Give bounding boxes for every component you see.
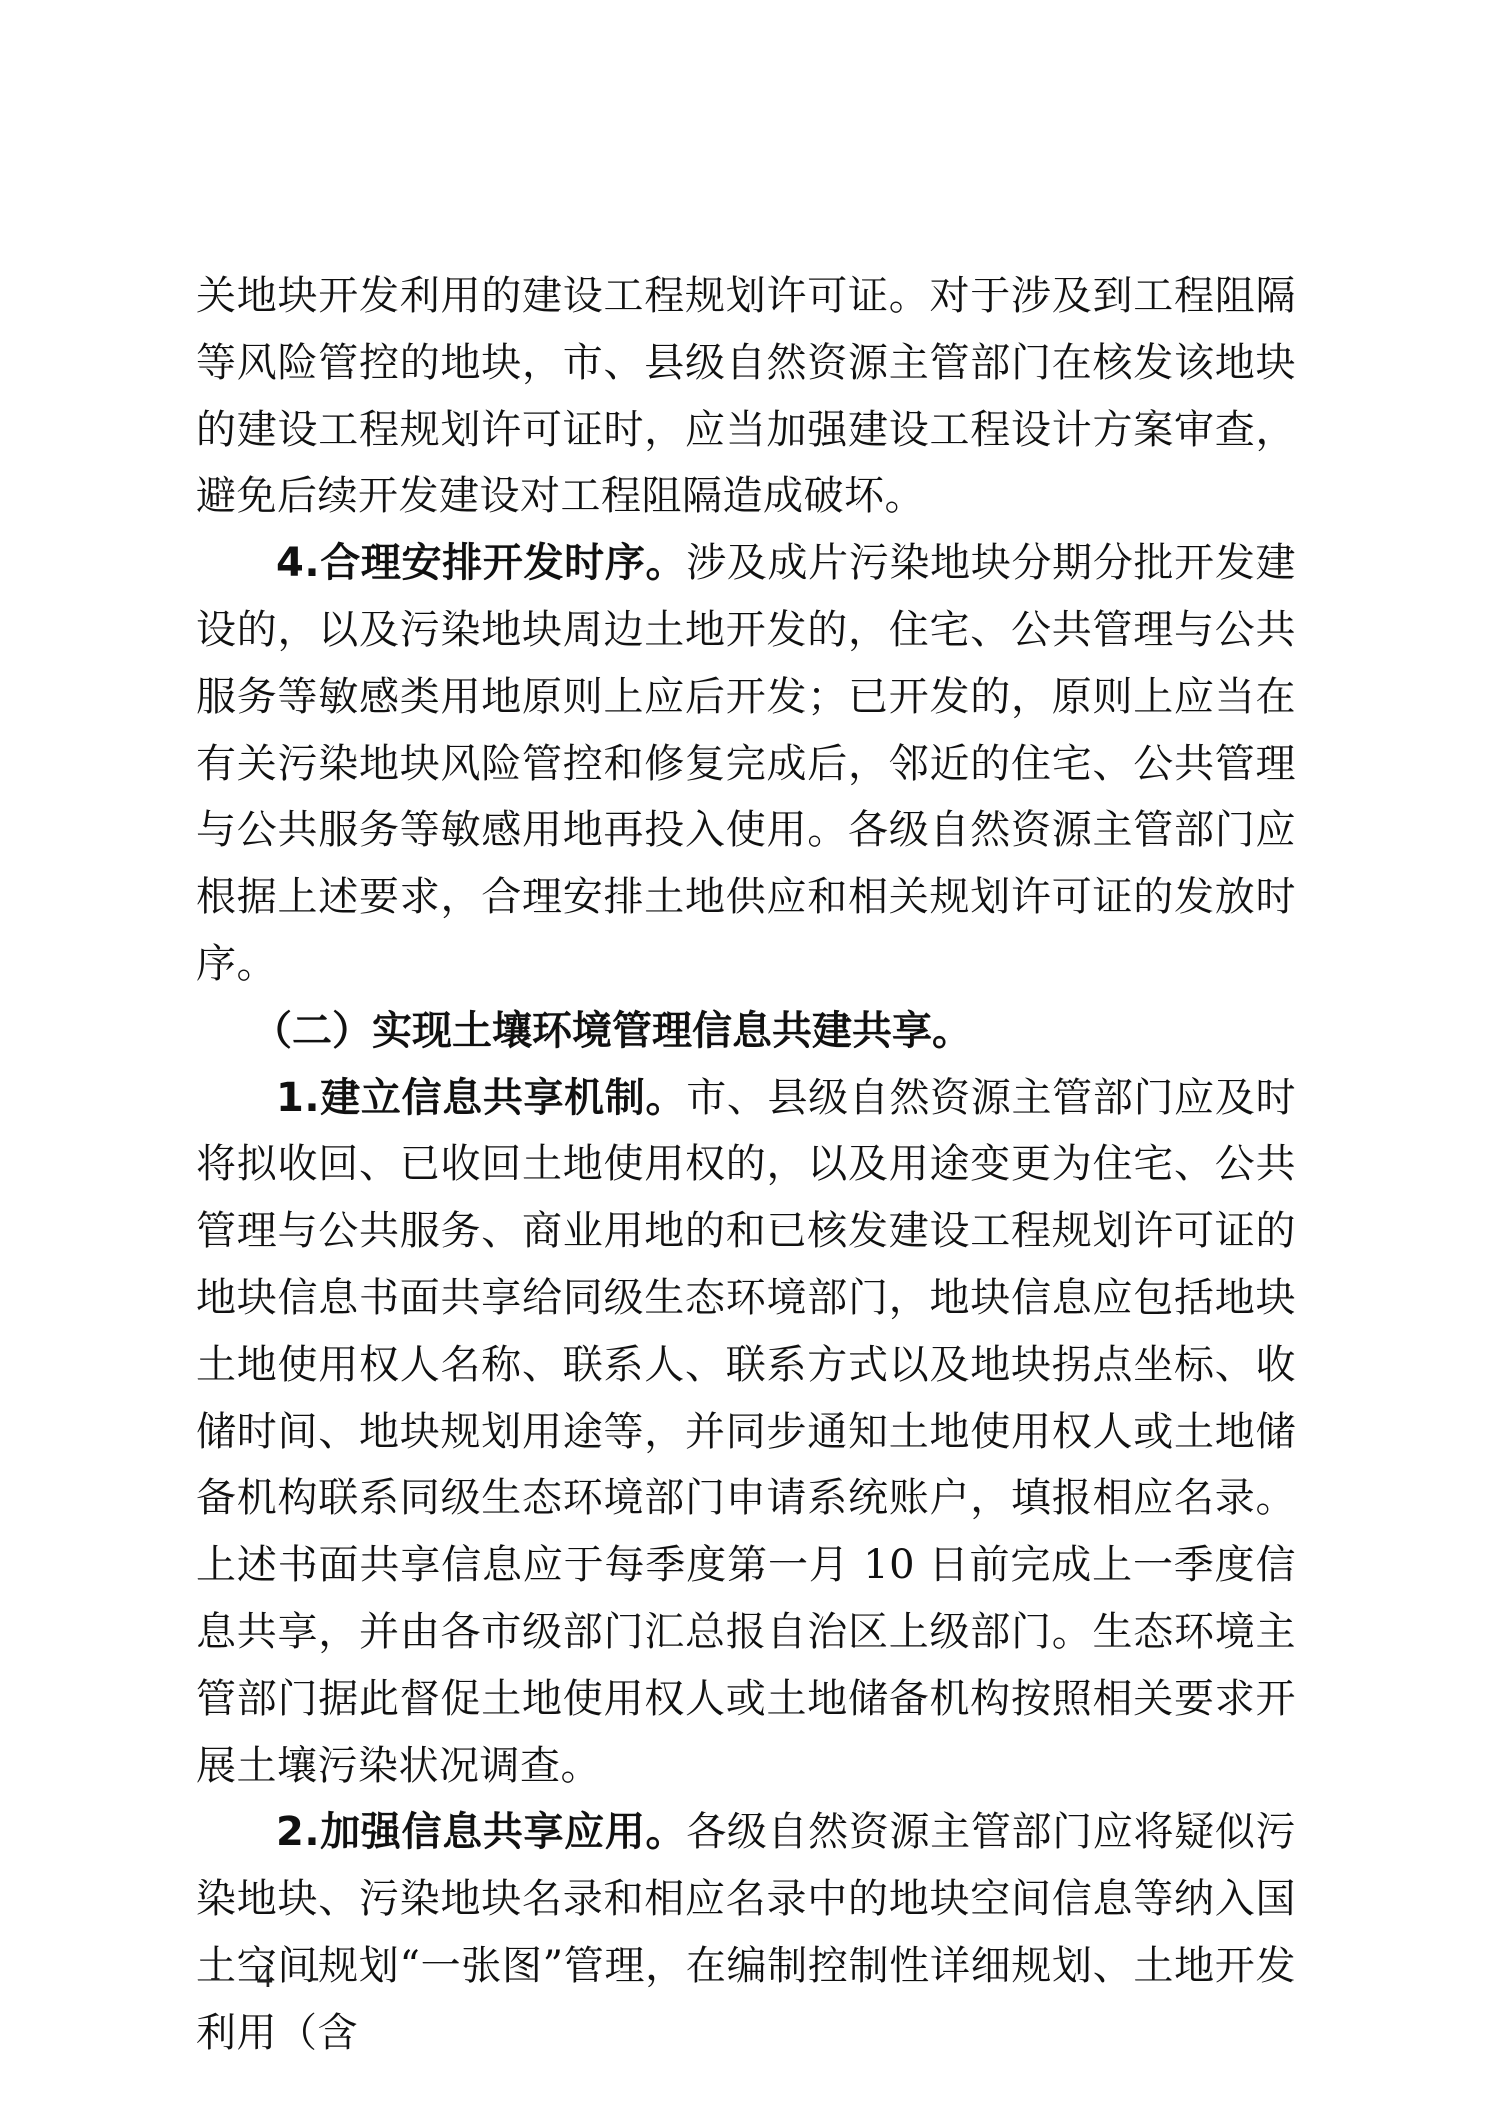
paragraph-text: 关地块开发利用的建设工程规划许可证。对于涉及到工程阻隔等风险管控的地块，市、县级… [196,273,1296,519]
paragraph-info-sharing-application: 2.加强信息共享应用。各级自然资源主管部门应将疑似污染地块、污染地块名录和相应名… [196,1799,1296,2066]
page-number: - 4 - [210,1958,333,1995]
paragraph-text: 涉及成片污染地块分期分批开发建设的，以及污染地块周边土地开发的，住宅、公共管理与… [196,540,1296,987]
paragraph-development-sequence: 4.合理安排开发时序。涉及成片污染地块分期分批开发建设的，以及污染地块周边土地开… [196,530,1296,998]
section-heading: （二）实现土壤环境管理信息共建共享。 [196,998,1296,1065]
paragraph-lead: 2.加强信息共享应用。 [276,1809,686,1855]
paragraph-text: 市、县级自然资源主管部门应及时将拟收回、已收回土地使用权的，以及用途变更为住宅、… [196,1075,1296,1789]
paragraph-info-sharing-mechanism: 1.建立信息共享机制。市、县级自然资源主管部门应及时将拟收回、已收回土地使用权的… [196,1065,1296,1800]
paragraph-lead: 1.建立信息共享机制。 [276,1075,686,1121]
paragraph-lead: 4.合理安排开发时序。 [276,540,686,586]
document-page: 关地块开发利用的建设工程规划许可证。对于涉及到工程阻隔等风险管控的地块，市、县级… [196,263,1296,2067]
paragraph-continued: 关地块开发利用的建设工程规划许可证。对于涉及到工程阻隔等风险管控的地块，市、县级… [196,263,1296,530]
